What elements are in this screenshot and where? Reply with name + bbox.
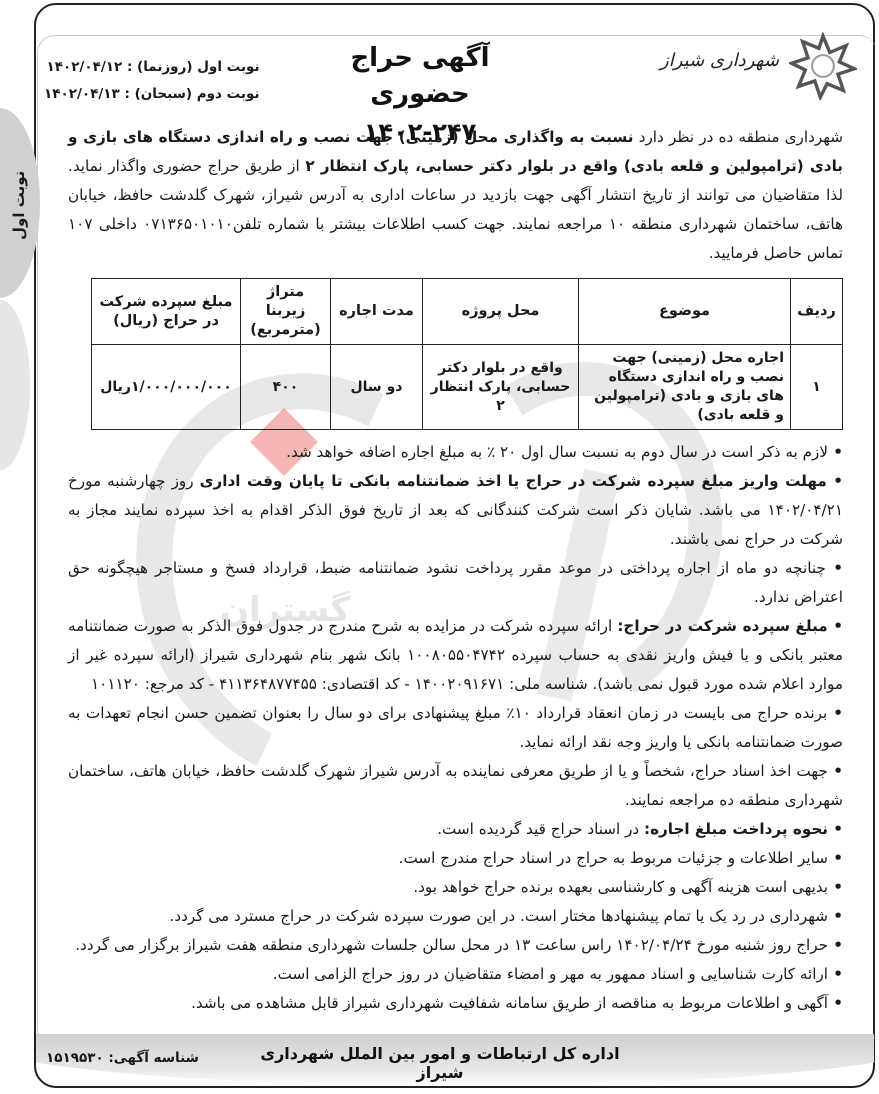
note-text: برنده حراج می بایست در زمان انعقاد قرارد… <box>68 704 843 751</box>
side-tab-label: نوبت اول <box>4 150 34 260</box>
date-value: ۱۴۰۲/۰۴/۱۳ <box>44 86 120 102</box>
ad-id-value: ۱۵۱۹۵۳۰ <box>46 1050 104 1066</box>
note-bold: مهلت واریز مبلغ سپرده شرکت در حراج یا اخ… <box>200 472 827 490</box>
side-tab-decoration <box>0 300 30 470</box>
note-item: حراج روز شنبه مورخ ۱۴۰۲/۰۴/۲۴ راس ساعت ۱… <box>68 931 843 960</box>
cell-subject: اجاره محل (زمینی) جهت نصب و راه اندازی د… <box>579 345 791 430</box>
note-bold: نحوه پرداخت مبلغ اجاره: <box>644 820 828 838</box>
column-header-deposit: مبلغ سپرده شرکت در حراج (ریال) <box>92 279 241 345</box>
note-item: آگهی و اطلاعات مربوط به مناقصه از طریق س… <box>68 989 843 1018</box>
note-item: شهرداری در رد یک یا تمام پیشنهادها مختار… <box>68 902 843 931</box>
ad-id-label: شناسه آگهی: <box>108 1050 198 1066</box>
table-header-row: ردیف موضوع محل پروژه مدت اجاره متراژ زیر… <box>92 279 843 345</box>
note-text: لازم به ذکر است در سال دوم به نسبت سال ا… <box>286 443 828 461</box>
note-text: آگهی و اطلاعات مربوط به مناقصه از طریق س… <box>191 994 828 1012</box>
note-text: شهرداری در رد یک یا تمام پیشنهادها مختار… <box>170 907 828 925</box>
publication-date-first: نوبت اول (روزنما) : ۱۴۰۲/۰۴/۱۲ <box>44 54 260 81</box>
note-text: چنانچه دو ماه از اجاره پرداختی در موعد م… <box>68 559 843 606</box>
note-text: جهت اخذ اسناد حراج، شخصاً و یا از طریق م… <box>68 762 843 809</box>
column-header-location: محل پروژه <box>423 279 579 345</box>
note-text: سایر اطلاعات و جزئیات مربوط به حراج در ا… <box>399 849 828 867</box>
auction-table: ردیف موضوع محل پروژه مدت اجاره متراژ زیر… <box>91 278 843 430</box>
note-text: در اسناد حراج قید گردیده است. <box>437 820 644 838</box>
date-value: ۱۴۰۲/۰۴/۱۲ <box>46 59 122 75</box>
page-title: آگهی حراج حضوری <box>300 40 540 112</box>
column-header-duration: مدت اجاره <box>331 279 423 345</box>
note-item: ارائه کارت شناسایی و اسناد ممهور به مهر … <box>68 960 843 989</box>
cell-deposit: ۱/۰۰۰/۰۰۰/۰۰۰ریال <box>92 345 241 430</box>
column-header-subject: موضوع <box>579 279 791 345</box>
publication-dates: نوبت اول (روزنما) : ۱۴۰۲/۰۴/۱۲ نوبت دوم … <box>44 54 260 108</box>
cell-area: ۴۰۰ <box>241 345 331 430</box>
note-text: ارائه کارت شناسایی و اسناد ممهور به مهر … <box>273 965 828 983</box>
note-text: بدیهی است هزینه آگهی و کارشناسی بعهده بر… <box>413 878 828 896</box>
note-text: حراج روز شنبه مورخ ۱۴۰۲/۰۴/۲۴ راس ساعت ۱… <box>75 936 828 954</box>
publication-date-second: نوبت دوم (سبحان) : ۱۴۰۲/۰۴/۱۳ <box>44 81 260 108</box>
notes-list: لازم به ذکر است در سال دوم به نسبت سال ا… <box>68 438 843 1018</box>
note-item: جهت اخذ اسناد حراج، شخصاً و یا از طریق م… <box>68 757 843 815</box>
intro-text: شهرداری منطقه ده در نظر دارد <box>634 128 843 146</box>
note-item: چنانچه دو ماه از اجاره پرداختی در موعد م… <box>68 554 843 612</box>
date-label: نوبت اول (روزنما) : <box>127 59 260 75</box>
logo-wordmark: شهرداری شیراز <box>660 50 779 71</box>
date-label: نوبت دوم (سبحان) : <box>124 86 259 102</box>
note-item: برنده حراج می بایست در زمان انعقاد قرارد… <box>68 699 843 757</box>
note-item: بدیهی است هزینه آگهی و کارشناسی بعهده بر… <box>68 873 843 902</box>
ad-content: شهرداری منطقه ده در نظر دارد نسبت به واگ… <box>68 123 843 1018</box>
note-item: لازم به ذکر است در سال دوم به نسبت سال ا… <box>68 438 843 467</box>
note-item: سایر اطلاعات و جزئیات مربوط به حراج در ا… <box>68 844 843 873</box>
note-item: نحوه پرداخت مبلغ اجاره: در اسناد حراج قی… <box>68 815 843 844</box>
cell-location: واقع در بلوار دکتر حسابی، پارک انتظار ۲ <box>423 345 579 430</box>
intro-paragraph: شهرداری منطقه ده در نظر دارد نسبت به واگ… <box>68 123 843 268</box>
note-bold: مبلغ سپرده شرکت در حراج: <box>617 617 827 635</box>
table-row: ۱ اجاره محل (زمینی) جهت نصب و راه اندازی… <box>92 345 843 430</box>
shiraz-municipality-logo-icon <box>789 32 857 100</box>
note-item: مهلت واریز مبلغ سپرده شرکت در حراج یا اخ… <box>68 467 843 554</box>
footer-department: اداره کل ارتباطات و امور بین الملل شهردا… <box>250 1044 630 1082</box>
cell-row-number: ۱ <box>791 345 843 430</box>
note-item: مبلغ سپرده شرکت در حراج: ارائه سپرده شرک… <box>68 612 843 699</box>
cell-duration: دو سال <box>331 345 423 430</box>
column-header-area: متراژ زیربنا (مترمربع) <box>241 279 331 345</box>
ad-id: شناسه آگهی: ۱۵۱۹۵۳۰ <box>46 1050 199 1066</box>
column-header-row-number: ردیف <box>791 279 843 345</box>
